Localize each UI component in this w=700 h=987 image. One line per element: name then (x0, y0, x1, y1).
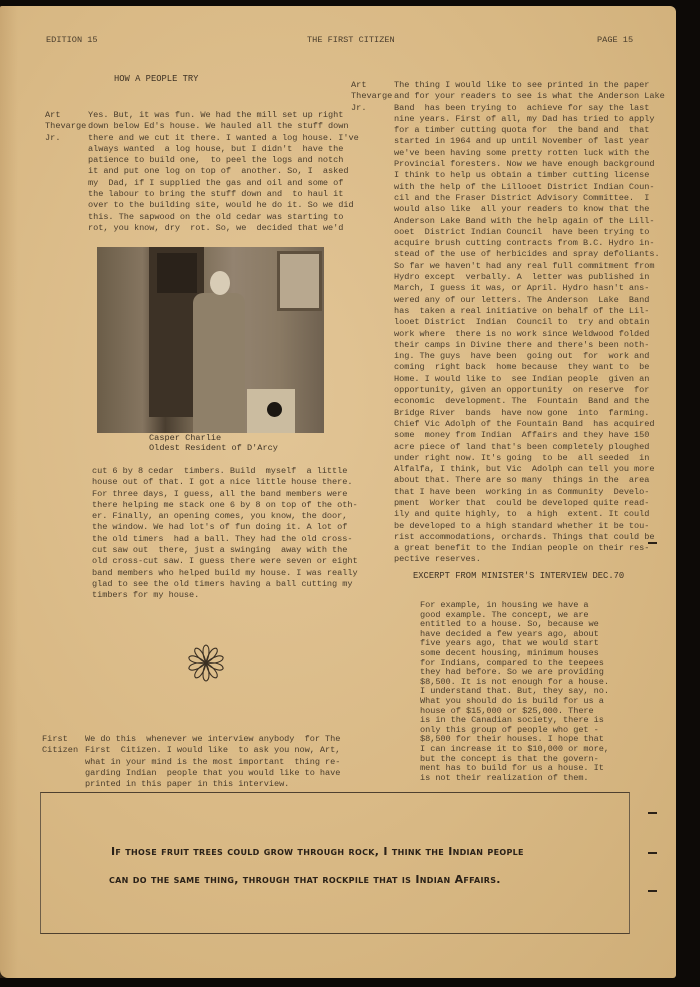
newspaper-page: EDITION 15 THE FIRST CITIZEN PAGE 15 HOW… (0, 6, 676, 978)
article-headline: HOW A PEOPLE TRY (114, 74, 198, 84)
interview-answer: The thing I would like to see printed in… (394, 80, 665, 566)
pull-quote-line-2: can do the same thing, through that rock… (41, 873, 697, 886)
edition-label: EDITION 15 (46, 35, 98, 45)
interview-question: We do this whenever we interview anybody… (85, 734, 340, 790)
publication-title: THE FIRST CITIZEN (307, 35, 395, 45)
photo-caption-description: Oldest Resident of D'Arcy (149, 443, 278, 454)
speaker-label-first-citizen: First Citizen (42, 734, 78, 757)
photo-person-body (193, 293, 245, 433)
speaker-label-art: Art Thevarge Jr. (45, 110, 86, 144)
page-number: PAGE 15 (597, 35, 633, 45)
excerpt-headline: EXCERPT FROM MINISTER'S INTERVIEW DEC.70 (413, 571, 624, 581)
interview-paragraph-2: cut 6 by 8 cedar timbers. Build myself a… (92, 466, 358, 602)
interview-paragraph-1: Yes. But, it was fun. We had the mill se… (88, 110, 359, 234)
pull-quote-box: If those fruit trees could grow through … (40, 792, 630, 934)
photo-person-head (210, 271, 230, 295)
flower-ornament-icon (185, 642, 227, 684)
photo-window (277, 251, 322, 311)
margin-mark (648, 812, 657, 814)
photo-box-hole (267, 402, 282, 417)
margin-mark (648, 890, 657, 892)
pull-quote-line-1: If those fruit trees could grow through … (41, 845, 699, 858)
photo-door-window (157, 253, 197, 293)
photo-casper-charlie (97, 247, 324, 433)
minister-excerpt: For example, in housing we have a good e… (420, 601, 609, 783)
margin-mark (648, 542, 657, 544)
speaker-label-art-right: Art Thevarge Jr. (351, 80, 392, 114)
margin-mark (648, 852, 657, 854)
